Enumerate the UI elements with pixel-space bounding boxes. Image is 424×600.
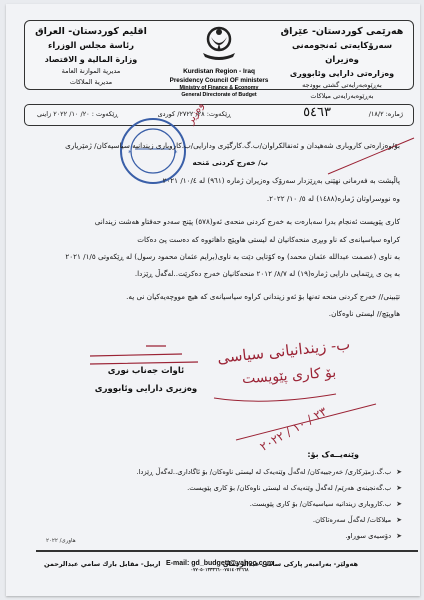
letterhead-kurdish: هەرێمی کوردستان- عێراق سەرۆکایەتی ئەنجوم… bbox=[277, 25, 407, 101]
region-name-kurdish: هەرێمی کوردستان- عێراق bbox=[277, 25, 407, 39]
copies-list-item: ➤ب.گەنجینەی هەرێم/ لەگەڵ وێنەیەک لە لیست… bbox=[136, 480, 402, 496]
reference-bar: ژمارە: ١٨/٢/ ٥٤٦٣ ڕێکەوت: ٢٨/ ٢٧٢٢/ کورد… bbox=[24, 104, 414, 126]
date-gregorian: ڕێکەوت : ٢٠/ ١٠/ ٢٠٢٢ زاینی bbox=[37, 110, 118, 118]
directorate-english: General Directorate of Budget bbox=[153, 92, 285, 99]
footer-divider bbox=[36, 550, 418, 552]
sub-directorate-arabic: مديرية الملاكات bbox=[31, 77, 151, 87]
paragraph-2-line-3: بە ناوی (عصمت عبدالله عثمان محمد) وە کۆت… bbox=[65, 252, 400, 261]
initials-date: هاوری/ ٢٠٢٢ bbox=[46, 538, 76, 544]
recipient-line: بۆ/وەزارەتی کاروباری شەهیدان و ئەنفالکرا… bbox=[65, 141, 400, 150]
letterhead-arabic: اقليم كوردستان- العراق رئاسة مجلس الوزرا… bbox=[31, 25, 151, 87]
note-line: تێبینی// خەرج کردنی منحە تەنها بۆ ئەو زی… bbox=[126, 292, 400, 301]
arrow-bullet-icon: ➤ bbox=[396, 512, 402, 528]
paragraph-1-line-1: پاڵپشت بە فەرمانی نهێنی بەڕێزدار سەرۆک و… bbox=[163, 176, 400, 185]
ministry-name-kurdish: وەزارەتی دارایی وئابووری bbox=[277, 67, 407, 80]
council-name-kurdish: سەرۆکایەتی ئەنجومەنی وەزیران bbox=[277, 39, 407, 67]
copies-list-item: ➤ب.کاروباری زیندانیە سیاسیەکان/ بۆ کاری … bbox=[136, 496, 402, 512]
directorate-arabic: مديرية الموازنة العامة bbox=[31, 66, 151, 77]
paragraph-2-line-2: کراوە سیاسیانەی کە ناو وبڕی منحەکانیان ل… bbox=[137, 235, 400, 244]
arrow-bullet-icon: ➤ bbox=[396, 496, 402, 512]
svg-text:*: * bbox=[128, 149, 132, 157]
region-name-arabic: اقليم كوردستان- العراق bbox=[31, 25, 151, 39]
contact-info: E-mail: gd_budgett@yahoo.com ٠٧٧٠٥٠١٣٣٣٦… bbox=[166, 560, 273, 573]
letterhead: هەرێمی کوردستان- عێراق سەرۆکایەتی ئەنجوم… bbox=[24, 20, 414, 90]
signature-block: ئاوات جەناب نوری وەزیری دارایی وئابووری bbox=[91, 362, 201, 398]
paragraph-2-line-1: کاری پێویست ئەنجام بدرا سەبارەت بە خەرج … bbox=[95, 217, 400, 226]
paragraph-2-line-4: بە پێ ی ڕێنمایی دارایی ژمارە(١٩) لە ٨/٧/… bbox=[135, 269, 400, 278]
copies-list-item: ➤ب.گ.ژمێرکاری/ خەرجییەکان/ لەگەڵ وێنەیەک… bbox=[136, 464, 402, 480]
signatory-title: وەزیری دارایی وئابووری bbox=[91, 380, 201, 398]
arrow-bullet-icon: ➤ bbox=[396, 528, 402, 544]
arrow-bullet-icon: ➤ bbox=[396, 464, 402, 480]
council-name-arabic: رئاسة مجلس الوزراء bbox=[31, 39, 151, 53]
copies-to-title: وێنەیــەک بۆ: bbox=[307, 450, 359, 459]
ministry-name-arabic: وزارة المالية و الاقتصاد bbox=[31, 53, 151, 66]
letterhead-english: Kurdistan Region - Iraq Presidency Counc… bbox=[153, 23, 285, 99]
svg-text:*: * bbox=[174, 149, 178, 157]
reference-number-label: ژمارە: ١٨/٢/ bbox=[369, 110, 403, 118]
kurdistan-eagle-emblem-icon bbox=[197, 23, 241, 63]
signatory-name: ئاوات جەناب نوری bbox=[91, 362, 201, 380]
sub-directorate-kurdish: بەڕێوەبەرایەتی میلاکات bbox=[277, 91, 407, 101]
handwritten-note-line-1: ب- زیندانیانی سیاسی bbox=[216, 335, 351, 367]
reference-number-handwritten: ٥٤٦٣ bbox=[303, 105, 331, 120]
subject-line: ب/ خەرج کردنی مَنحە bbox=[193, 158, 268, 167]
paragraph-1-line-2: وە نووسراوتان ژمارە(١٤٨٨) لە ٥/ ١٠/ ٢٠٢٢… bbox=[267, 194, 400, 203]
ministry-name-english: Ministry of Finance & Economy bbox=[153, 85, 285, 92]
address-arabic: اربيل- مقابل بارك سامي عبدالرحمن bbox=[44, 560, 160, 568]
region-name-english: Kurdistan Region - Iraq bbox=[153, 67, 285, 76]
directorate-kurdish: بەڕێوەبەرایەتی گشتی بوودجە bbox=[277, 80, 407, 91]
attachment-line: هاوپێچ// لیستی ناوەکان. bbox=[329, 309, 400, 318]
email-address: E-mail: gd_budgett@yahoo.com bbox=[166, 560, 273, 567]
copies-list-item: ➤میلاکات/ لەگەڵ سەرەتاکان. bbox=[136, 512, 402, 528]
copies-list: ➤ب.گ.ژمێرکاری/ خەرجییەکان/ لەگەڵ وێنەیەک… bbox=[136, 464, 402, 544]
council-name-english: Presidency Council OF ministers bbox=[153, 76, 285, 85]
document-page: هەرێمی کوردستان- عێراق سەرۆکایەتی ئەنجوم… bbox=[6, 4, 420, 596]
arrow-bullet-icon: ➤ bbox=[396, 480, 402, 496]
phone-numbers: ٠٧٧٠٥٠١٣٣٣٦٦٠٠٧٥١٤٠٣٢٦٦٨ bbox=[166, 567, 273, 573]
copies-list-item: ➤دۆسیەی سوڕاو. bbox=[136, 528, 402, 544]
